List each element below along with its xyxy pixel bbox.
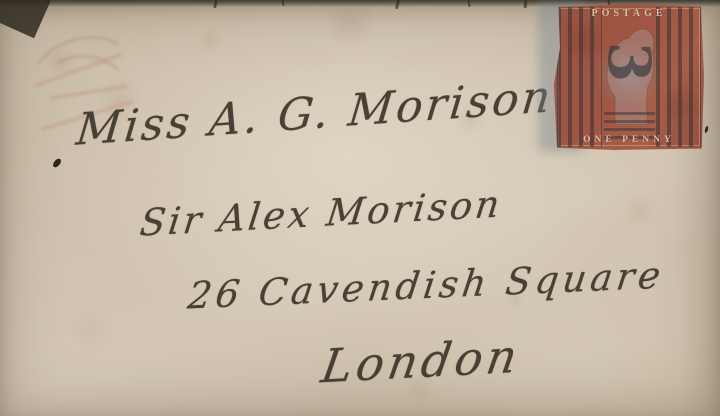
envelope-photo: Miss A. G. Morison Sir Alex Morison 26 C… bbox=[0, 0, 720, 416]
cancel-numeral: 3 bbox=[600, 42, 658, 82]
penny-red-stamp: 3 POSTAGE ONE PENNY bbox=[554, 4, 704, 150]
stamp-one-penny-label: ONE PENNY bbox=[554, 135, 704, 150]
address-line-care-of: Sir Alex Morison bbox=[138, 182, 505, 244]
address-line-street: 26 Cavendish Square bbox=[185, 253, 667, 317]
stamp-postage-label: POSTAGE bbox=[554, 4, 704, 21]
ink-speck bbox=[51, 157, 62, 169]
ink-speck bbox=[704, 126, 709, 134]
address-line-recipient: Miss A. G. Morison bbox=[74, 71, 556, 156]
address-line-city: London bbox=[318, 329, 525, 394]
background-corner-wedge bbox=[0, 0, 53, 38]
